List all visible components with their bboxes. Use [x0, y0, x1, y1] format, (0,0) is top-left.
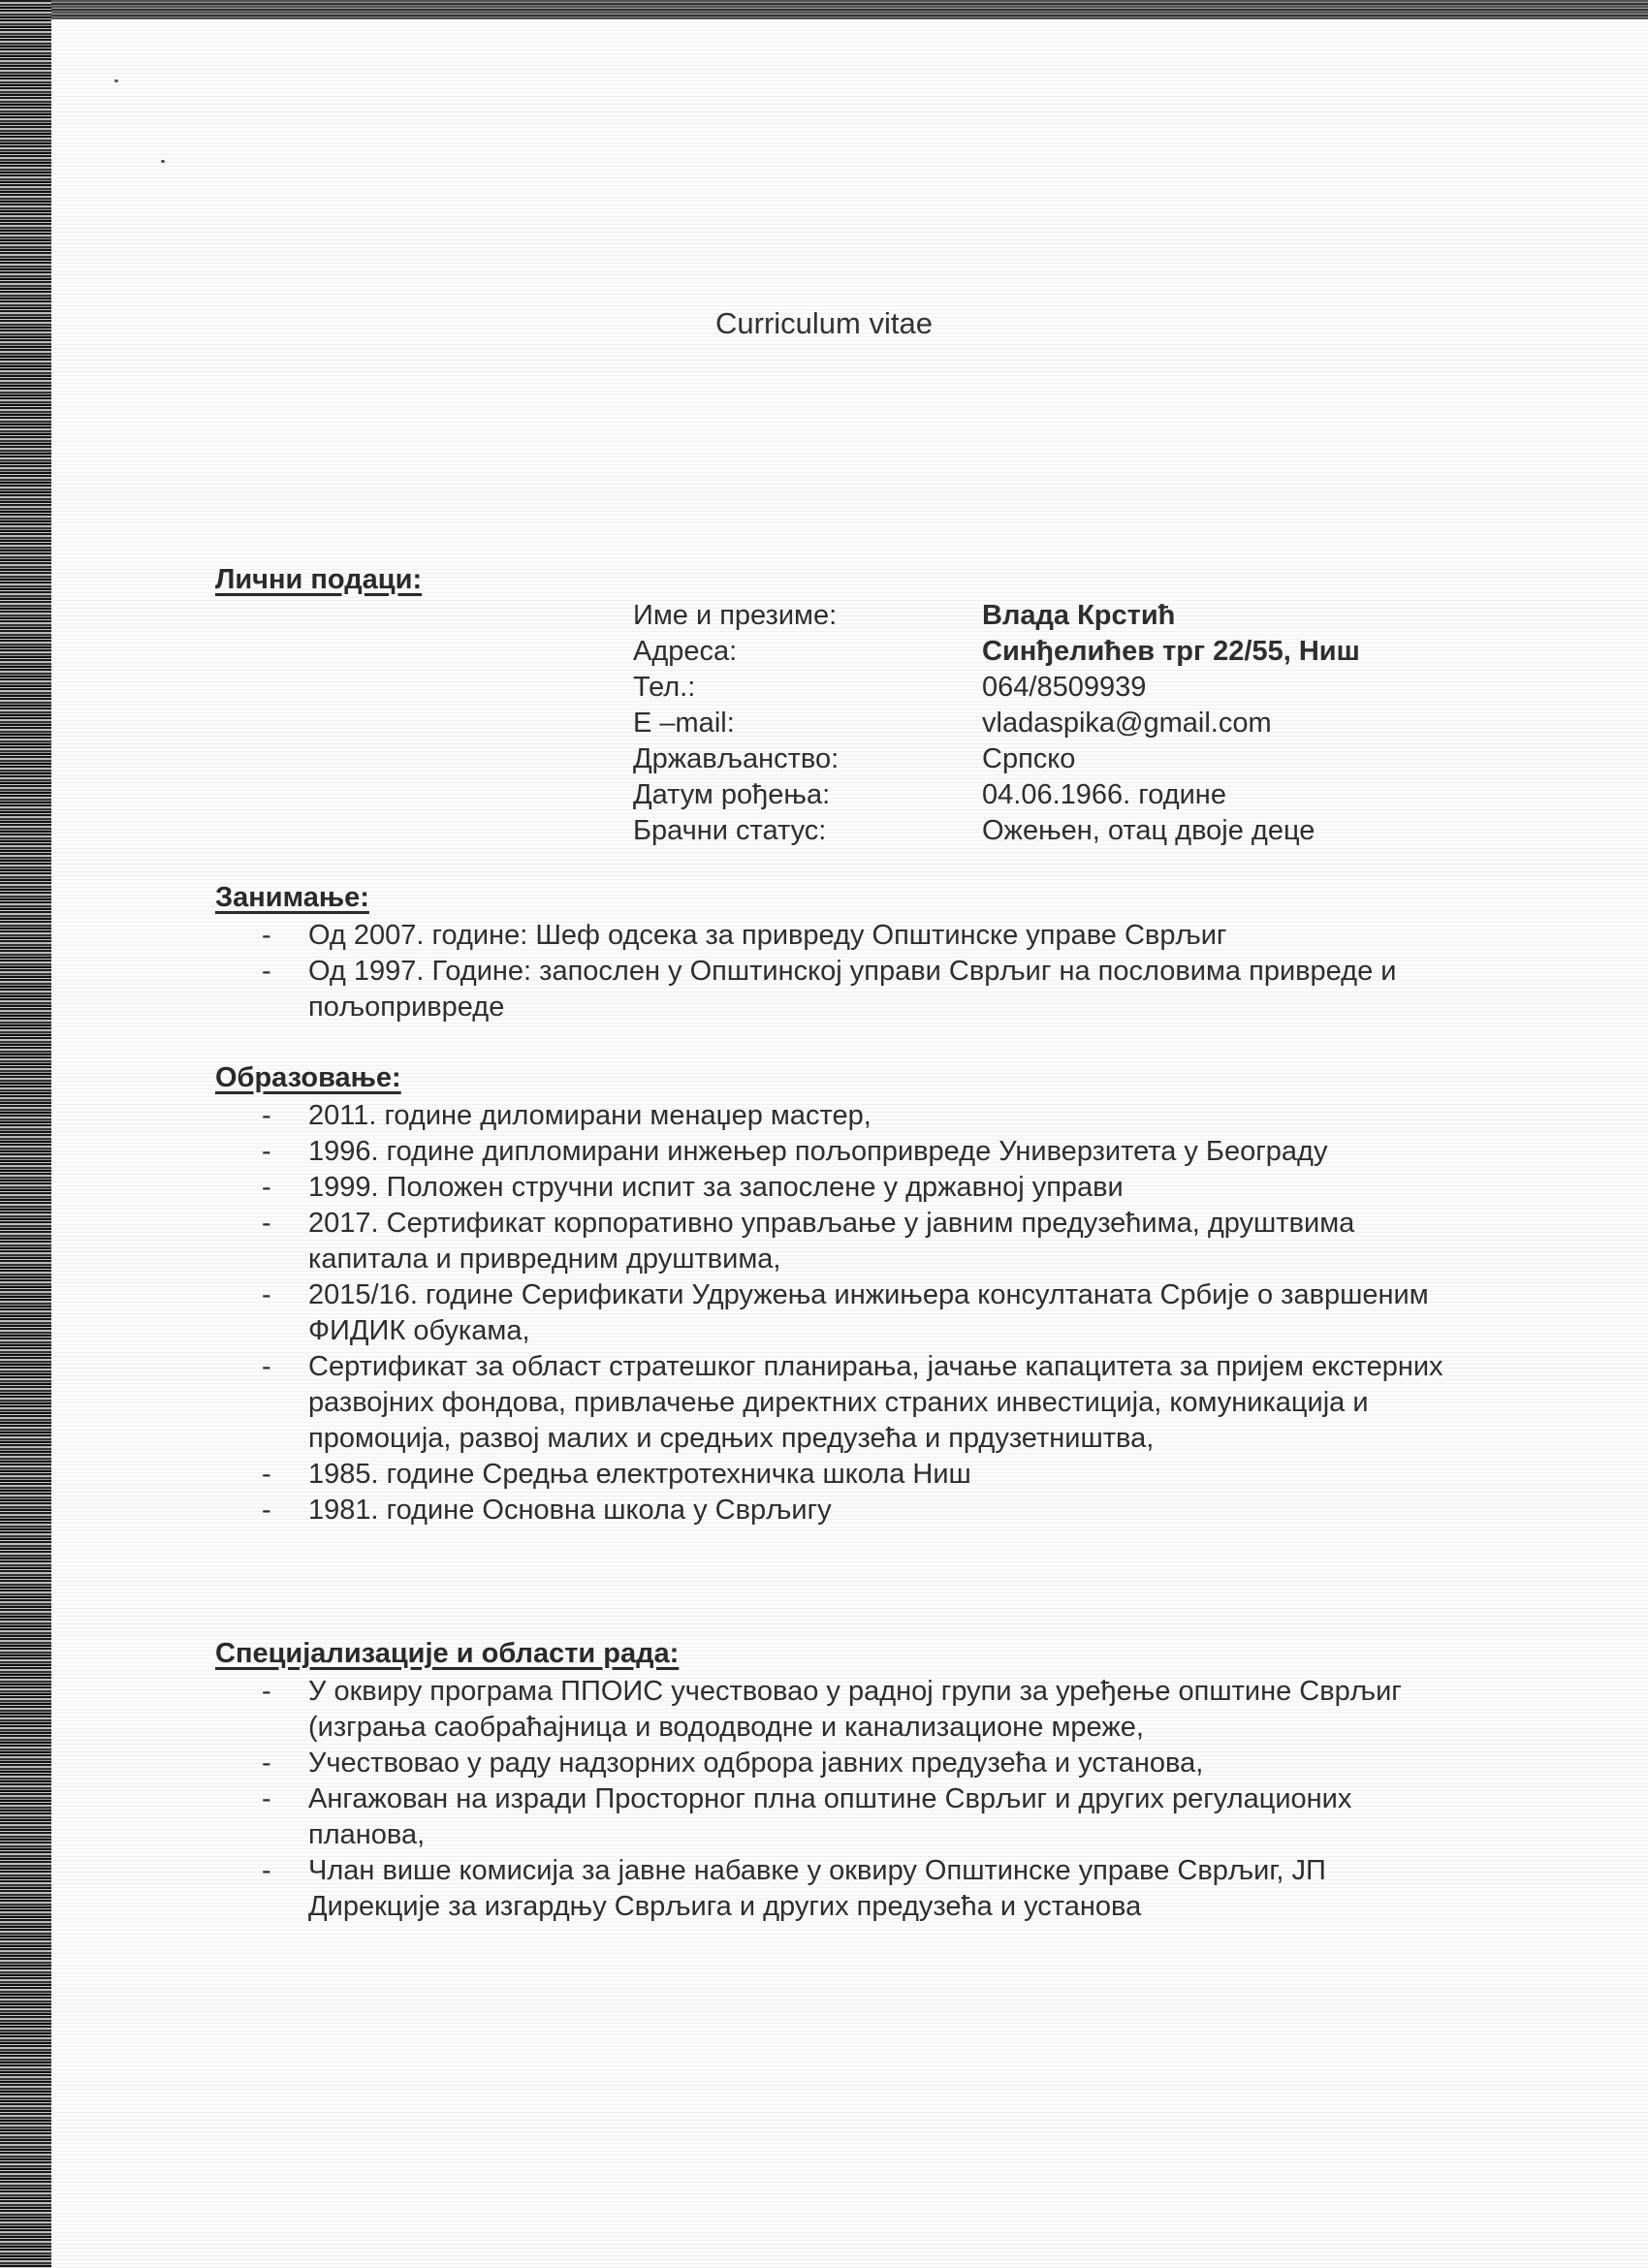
- list-item: -Од 1997. Године: запослен у Општинској …: [215, 954, 1456, 1025]
- list-item: -У оквиру програма ППОИС учествовао у ра…: [215, 1674, 1456, 1746]
- bullet-dash-icon: -: [262, 1493, 271, 1528]
- list-item-text: Од 1997. Године: запослен у Општинској у…: [308, 956, 1396, 1023]
- list-item-text: Члан више комисија за јавне набавке у ок…: [308, 1855, 1326, 1922]
- bullet-dash-icon: -: [262, 954, 271, 990]
- list-item: -1985. године Средња електротехничка шко…: [215, 1457, 1456, 1493]
- personal-info-label: Име и презиме:: [633, 598, 982, 634]
- personal-info-label: E –mail:: [633, 706, 982, 741]
- bullet-dash-icon: -: [262, 1457, 271, 1493]
- list-item: -2011. године диломирани менаџер мастер,: [215, 1098, 1456, 1134]
- list-item-text: 1981. године Основна школа у Сврљигу: [308, 1495, 832, 1526]
- personal-info-row: Адреса:Синђелићев трг 22/55, Ниш: [633, 634, 1360, 670]
- bullet-dash-icon: -: [262, 1853, 271, 1889]
- list-item: -Сертификат за област стратешког планира…: [215, 1349, 1456, 1457]
- bullet-dash-icon: -: [262, 1746, 271, 1781]
- section-heading-occupation: Занимање:: [215, 882, 369, 914]
- list-item-text: 1996. године дипломирани инжењер пољопри…: [308, 1136, 1327, 1167]
- list-item: -Ангажован на изради Просторног плна опш…: [215, 1781, 1456, 1853]
- personal-info-value: vladaspika@gmail.com: [982, 706, 1272, 741]
- personal-info-row: Брачни статус:Ожењен, отац двоје деце: [633, 813, 1360, 849]
- list-item: -Од 2007. године: Шеф одсека за привреду…: [215, 918, 1456, 954]
- document-title: Curriculum vitae: [0, 306, 1648, 341]
- list-item-text: У оквиру програма ППОИС учествовао у рад…: [308, 1676, 1402, 1743]
- scan-border-top: [0, 0, 1648, 19]
- bullet-dash-icon: -: [262, 1170, 271, 1206]
- bullet-dash-icon: -: [262, 1098, 271, 1134]
- personal-info-value: Ожењен, отац двоје деце: [982, 813, 1315, 849]
- list-item-text: 1985. године Средња електротехничка школ…: [308, 1459, 971, 1490]
- section-heading-personal: Лични подаци:: [215, 564, 422, 596]
- personal-info-value: Синђелићев трг 22/55, Ниш: [982, 634, 1360, 670]
- section-heading-education: Образовање:: [215, 1062, 401, 1094]
- bullet-dash-icon: -: [262, 1781, 271, 1817]
- list-item-text: 2015/16. године Серификати Удружења инжи…: [308, 1279, 1429, 1346]
- list-item-text: 1999. Положен стручни испит за запослене…: [308, 1172, 1124, 1203]
- list-item-text: 2011. године диломирани менаџер мастер,: [308, 1100, 872, 1131]
- bullet-dash-icon: -: [262, 1134, 271, 1170]
- personal-info-value: Влада Крстић: [982, 598, 1175, 634]
- scan-speck: [114, 79, 118, 82]
- specializations-list: -У оквиру програма ППОИС учествовао у ра…: [215, 1674, 1456, 1925]
- list-item: -2017. Сертификат корпоративно управљање…: [215, 1206, 1456, 1277]
- personal-info-row: E –mail:vladaspika@gmail.com: [633, 706, 1360, 741]
- personal-info-table: Име и презиме:Влада КрстићАдреса:Синђели…: [633, 598, 1360, 849]
- personal-info-label: Адреса:: [633, 634, 982, 670]
- list-item: -Учествовао у раду надзорних одброра јав…: [215, 1746, 1456, 1781]
- list-item-text: Сертификат за област стратешког планирањ…: [308, 1351, 1443, 1454]
- list-item: -1981. године Основна школа у Сврљигу: [215, 1493, 1456, 1528]
- personal-info-label: Датум рођења:: [633, 777, 982, 813]
- list-item: -Члан више комисија за јавне набавке у о…: [215, 1853, 1456, 1925]
- bullet-dash-icon: -: [262, 918, 271, 954]
- personal-info-row: Име и презиме:Влада Крстић: [633, 598, 1360, 634]
- personal-info-value: Српско: [982, 741, 1075, 777]
- personal-info-label: Брачни статус:: [633, 813, 982, 849]
- bullet-dash-icon: -: [262, 1349, 271, 1385]
- list-item-text: 2017. Сертификат корпоративно управљање …: [308, 1208, 1354, 1275]
- personal-info-row: Држављанство:Српско: [633, 741, 1360, 777]
- occupation-list: -Од 2007. године: Шеф одсека за привреду…: [215, 918, 1456, 1025]
- list-item: -1996. године дипломирани инжењер пољопр…: [215, 1134, 1456, 1170]
- list-item-text: Учествовао у раду надзорних одброра јавн…: [308, 1748, 1203, 1779]
- personal-info-label: Тел.:: [633, 670, 982, 706]
- personal-info-label: Држављанство:: [633, 741, 982, 777]
- bullet-dash-icon: -: [262, 1277, 271, 1313]
- personal-info-value: 064/8509939: [982, 670, 1146, 706]
- list-item-text: Од 2007. године: Шеф одсека за привреду …: [308, 920, 1227, 951]
- bullet-dash-icon: -: [262, 1674, 271, 1710]
- list-item: -1999. Положен стручни испит за запослен…: [215, 1170, 1456, 1206]
- scan-speck: [161, 160, 165, 163]
- bullet-dash-icon: -: [262, 1206, 271, 1242]
- personal-info-row: Тел.:064/8509939: [633, 670, 1360, 706]
- personal-info-row: Датум рођења:04.06.1966. године: [633, 777, 1360, 813]
- list-item: -2015/16. године Серификати Удружења инж…: [215, 1277, 1456, 1349]
- personal-info-value: 04.06.1966. године: [982, 777, 1226, 813]
- section-heading-specializations: Специјализације и области рада:: [215, 1638, 679, 1670]
- education-list: -2011. године диломирани менаџер мастер,…: [215, 1098, 1456, 1528]
- list-item-text: Ангажован на изради Просторног плна општ…: [308, 1783, 1351, 1850]
